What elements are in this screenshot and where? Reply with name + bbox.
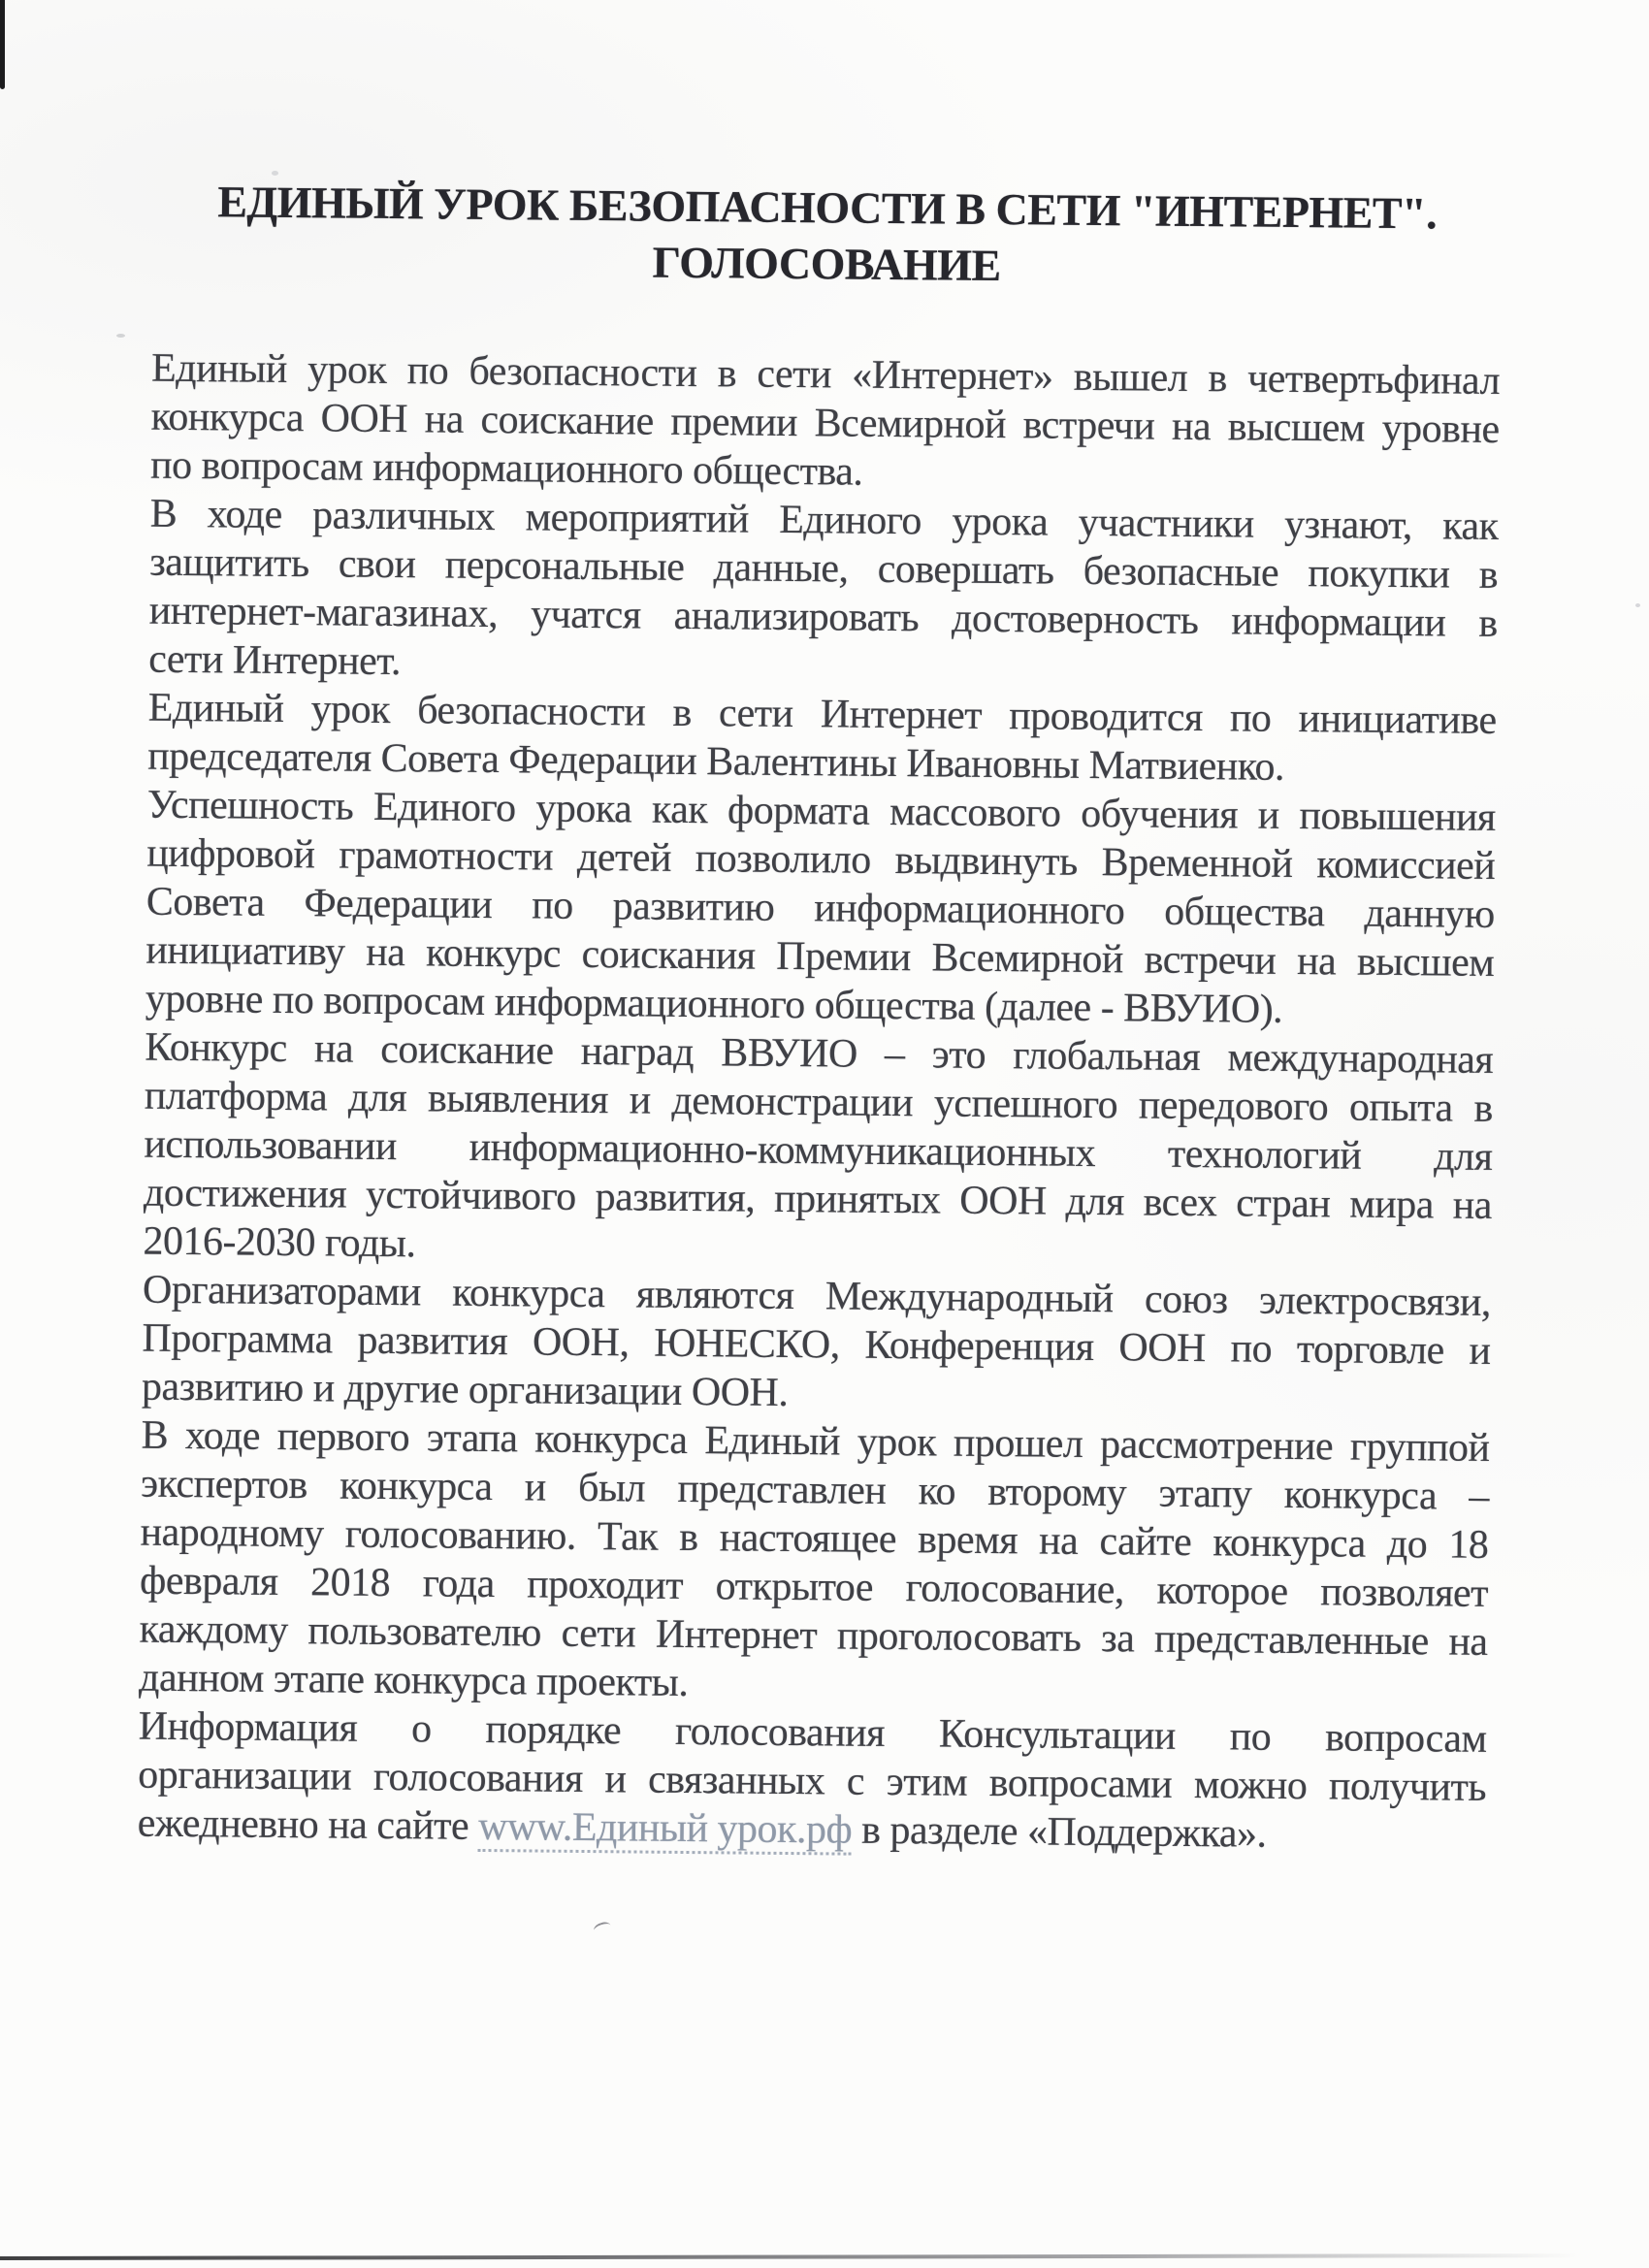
paragraph: Единыйурокпобезопасностивсети«Интернет»в… — [150, 344, 1500, 502]
paragraph: ВходеразличныхмероприятийЕдиногоурокауча… — [148, 490, 1499, 697]
paragraph: УспешностьЕдиногоурокакакформатамассовог… — [145, 781, 1496, 1036]
site-link[interactable]: www.Единый урок.рф — [478, 1804, 853, 1856]
text-segment: в разделе «Поддержка». — [852, 1808, 1267, 1857]
scan-speck — [1635, 603, 1640, 607]
paragraph: ВходепервогоэтапаконкурсаЕдиныйурокпроше… — [139, 1411, 1490, 1715]
scan-bottom-edge-line — [0, 2253, 1610, 2260]
scan-pen-mark — [593, 1920, 613, 1935]
document-title: ЕДИНЫЙ УРОК БЕЗОПАСНОСТИ В СЕТИ "ИНТЕРНЕ… — [152, 174, 1502, 299]
document-body: Единыйурокпобезопасностивсети«Интернет»в… — [137, 344, 1500, 1861]
document-content: ЕДИНЫЙ УРОК БЕЗОПАСНОСТИ В СЕТИ "ИНТЕРНЕ… — [137, 174, 1502, 1861]
paragraph: ЕдиныйурокбезопасностивсетиИнтернетпрово… — [147, 684, 1497, 794]
scan-edge-artifact — [0, 0, 5, 89]
scan-speck — [116, 334, 125, 338]
paragraph: ОрганизаторамиконкурсаявляютсяМеждународ… — [142, 1266, 1491, 1424]
paragraph: КонкурснасоисканиенаградВВУИО–этоглобаль… — [143, 1023, 1493, 1279]
paragraph: ИнформацияопорядкеголосованияКонсультаци… — [137, 1702, 1486, 1861]
scanned-page: ЕДИНЫЙ УРОК БЕЗОПАСНОСТИ В СЕТИ "ИНТЕРНЕ… — [0, 0, 1649, 2268]
text-segment: ежедневно на сайте — [138, 1801, 479, 1849]
